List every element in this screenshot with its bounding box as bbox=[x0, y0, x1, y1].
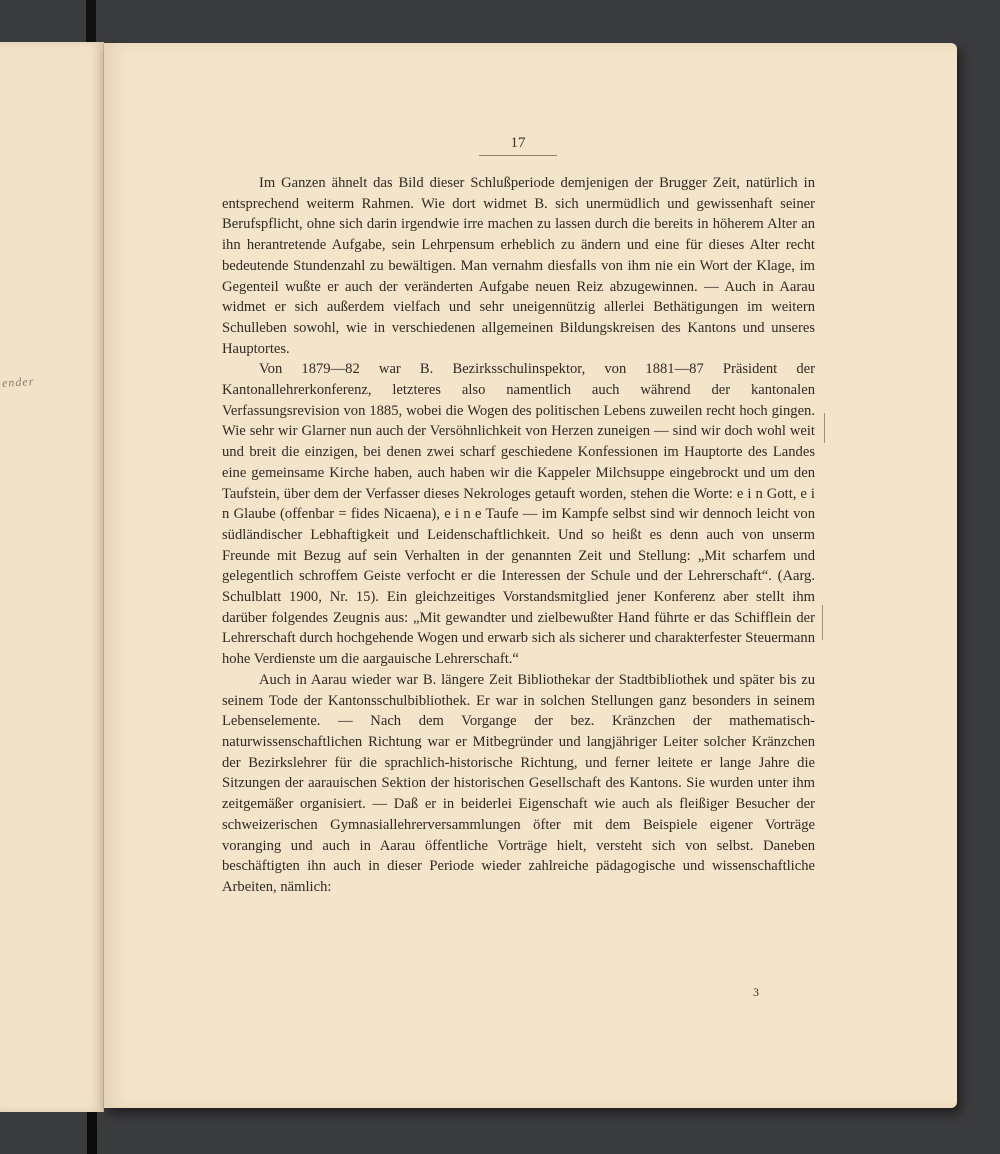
page-number: 17 bbox=[506, 135, 530, 152]
paragraph: Von 1879—82 war B. Bezirksschulinspektor… bbox=[222, 359, 815, 670]
signature-mark: 3 bbox=[753, 985, 759, 1000]
left-page-edge: ender bbox=[0, 42, 104, 1112]
header-rule bbox=[479, 155, 557, 156]
pencil-margin-mark bbox=[824, 413, 825, 443]
pencil-margin-mark bbox=[822, 605, 823, 640]
paragraph: Im Ganzen ähnelt das Bild dieser Schlußp… bbox=[222, 173, 815, 359]
handwritten-margin-note: ender bbox=[2, 374, 35, 391]
body-text: Im Ganzen ähnelt das Bild dieser Schlußp… bbox=[222, 173, 815, 898]
book-spine-top bbox=[86, 0, 96, 44]
book-spine-bottom bbox=[87, 1112, 97, 1154]
paragraph: Auch in Aarau wieder war B. längere Zeit… bbox=[222, 670, 815, 898]
